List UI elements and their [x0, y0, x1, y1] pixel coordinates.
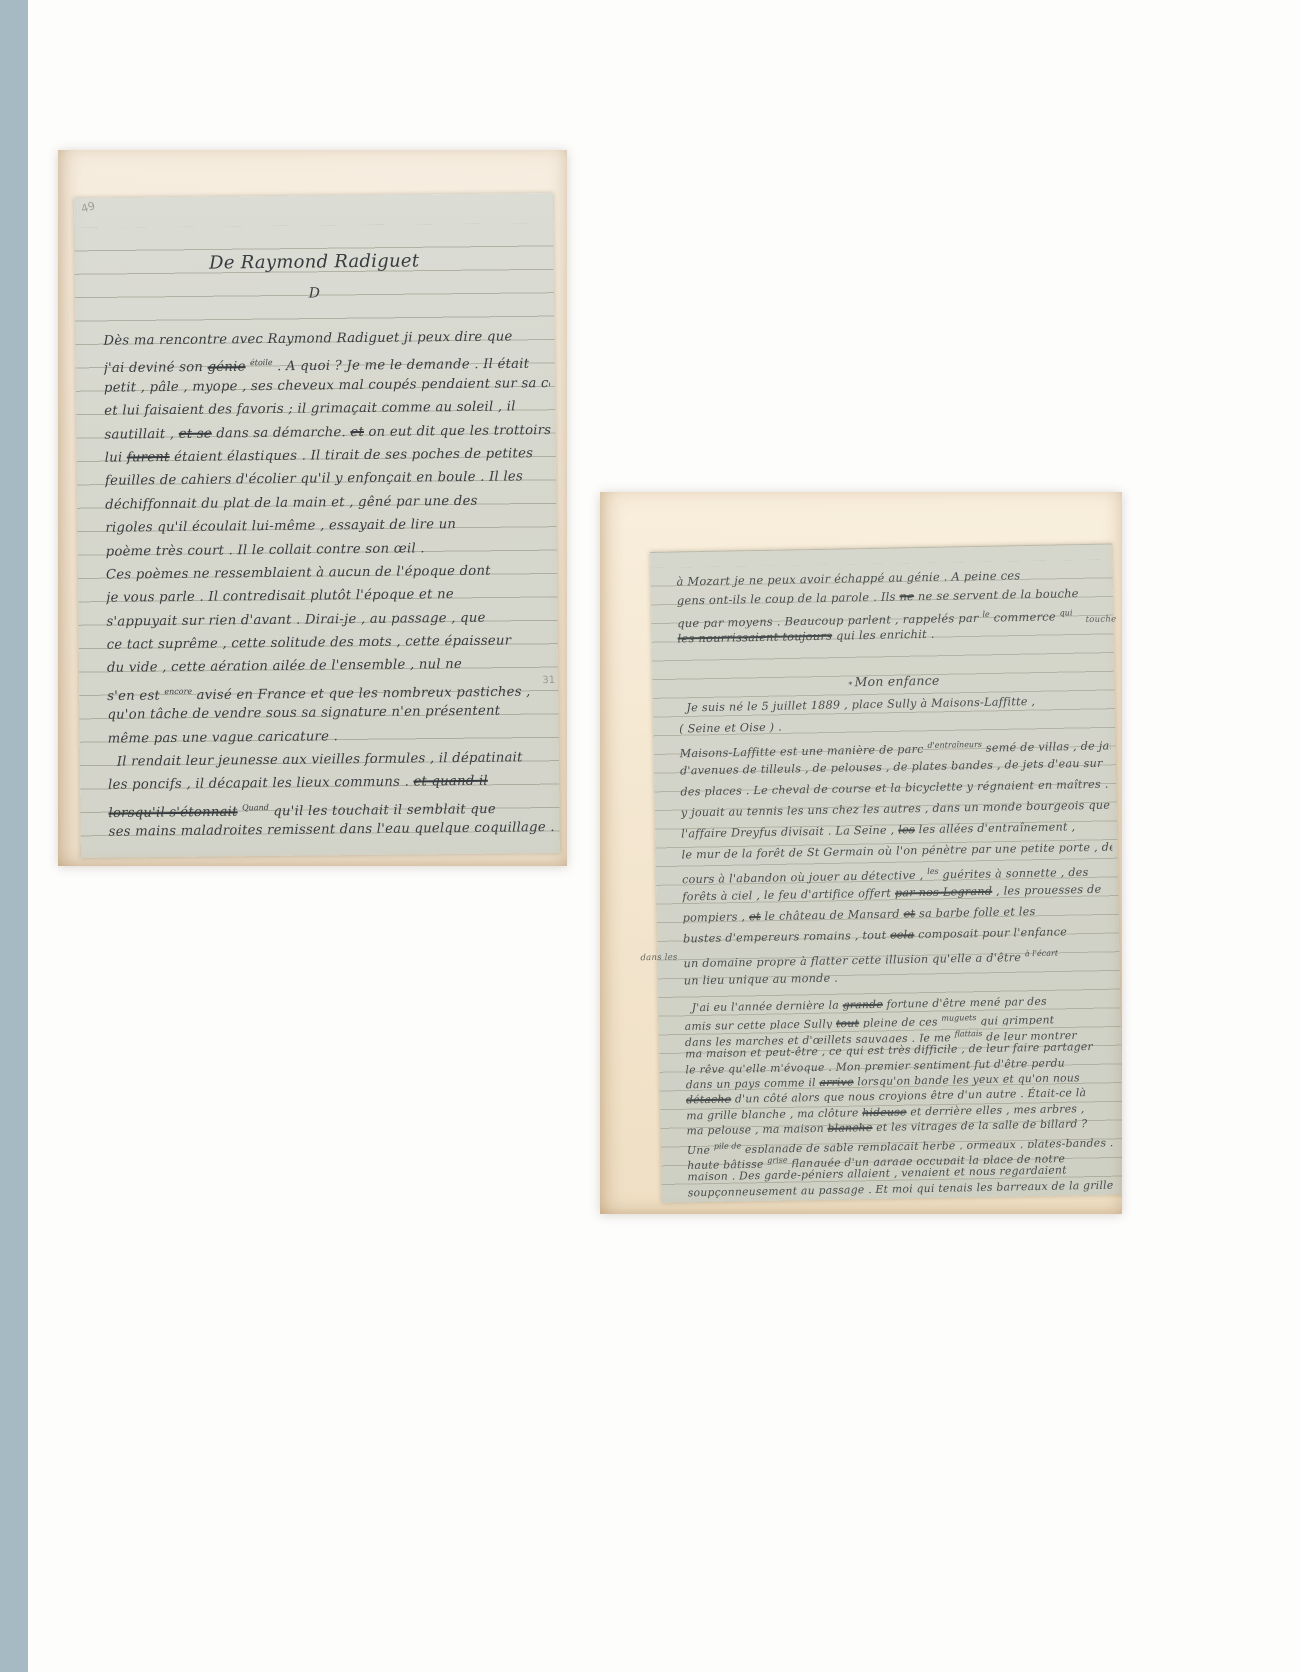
manuscript-photo-1: 49 De Raymond Radiguet D Dès ma rencontr…: [58, 150, 567, 866]
manuscript-text-block: Dès ma rencontre avec Raymond Radiguet j…: [103, 325, 554, 844]
catalog-page: 49 De Raymond Radiguet D Dès ma rencontr…: [0, 0, 1301, 1672]
manuscript-page-1: 49 De Raymond Radiguet D Dès ma rencontr…: [74, 193, 560, 858]
manuscript-line: ses mains maladroites remissent dans l'e…: [109, 816, 555, 844]
margin-note-right: touche: [1085, 614, 1116, 625]
title-flourish: D: [75, 281, 554, 306]
margin-note-left: dans les: [640, 953, 677, 964]
margin-number-pencil: 31: [542, 675, 555, 686]
manuscript-title: De Raymond Radiguet: [75, 247, 554, 278]
manuscript-text-block: J'ai eu l'année dernière la grande fortu…: [684, 993, 1119, 1201]
section-heading: * Mon enfance: [678, 641, 1110, 698]
section-heading-text: Mon enfance: [854, 673, 939, 690]
manuscript-line: qu'on tâche de vendre sous sa signature …: [107, 699, 553, 727]
manuscript-text-block: Je suis né le 5 juillet 1889 , place Sul…: [679, 690, 1115, 992]
manuscript-page-2: à Mozart je ne peux avoir échappé au gén…: [650, 544, 1122, 1203]
manuscript-photo-2: à Mozart je ne peux avoir échappé au gén…: [600, 492, 1122, 1214]
manuscript-text-block: à Mozart je ne peux avoir échappé au gén…: [676, 565, 1108, 649]
left-accent-stripe: [0, 0, 28, 1672]
manuscript-line: feuilles de cahiers d'écolier qu'il y en…: [105, 465, 551, 493]
heading-asterisk: *: [848, 680, 852, 689]
folio-number-pencil: 49: [80, 199, 97, 215]
